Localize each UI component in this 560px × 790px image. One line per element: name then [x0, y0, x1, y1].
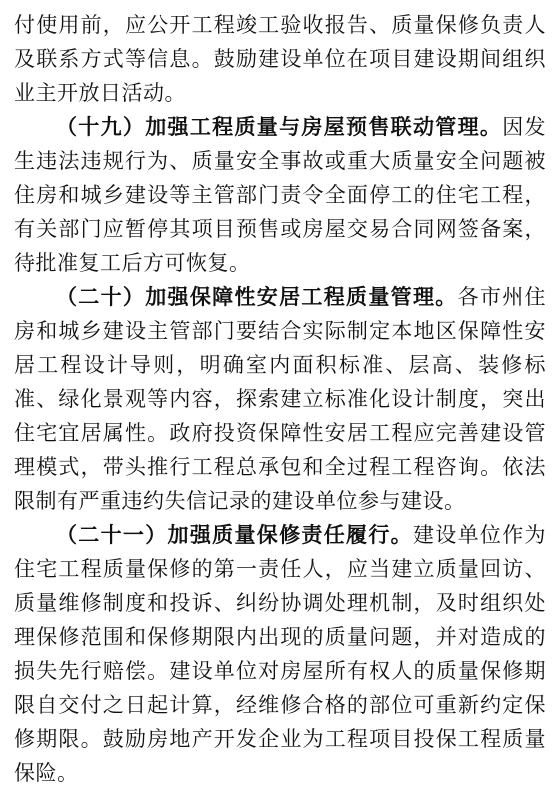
section-heading: （二十）加强保障性安居工程质量管理。 [56, 285, 458, 309]
section-heading: （十九）加强工程质量与房屋预售联动管理。 [56, 115, 502, 139]
paragraph-continuation: 付使用前，应公开工程竣工验收报告、质量保修负责人及联系方式等信息。鼓励建设单位在… [14, 8, 546, 110]
section-heading: （二十一）加强质量保修责任履行。 [56, 523, 413, 547]
paragraph-section-21: （二十一）加强质量保修责任履行。建设单位作为住宅工程质量保修的第一责任人，应当建… [14, 518, 546, 790]
document-page: 付使用前，应公开工程竣工验收报告、质量保修负责人及联系方式等信息。鼓励建设单位在… [0, 0, 560, 790]
paragraph-section-19: （十九）加强工程质量与房屋预售联动管理。因发生违法违规行为、质量安全事故或重大质… [14, 110, 546, 280]
section-body: 各市州住房和城乡建设主管部门要结合实际制定本地区保障性安居工程设计导则，明确室内… [14, 285, 546, 513]
paragraph-section-20: （二十）加强保障性安居工程质量管理。各市州住房和城乡建设主管部门要结合实际制定本… [14, 280, 546, 518]
section-body: 因发生违法违规行为、质量安全事故或重大质量安全问题被住房和城乡建设等主管部门责令… [14, 115, 546, 275]
section-body: 建设单位作为住宅工程质量保修的第一责任人，应当建立质量回访、质量维修制度和投诉、… [14, 523, 546, 785]
paragraph-text: 付使用前，应公开工程竣工验收报告、质量保修负责人及联系方式等信息。鼓励建设单位在… [14, 13, 546, 105]
